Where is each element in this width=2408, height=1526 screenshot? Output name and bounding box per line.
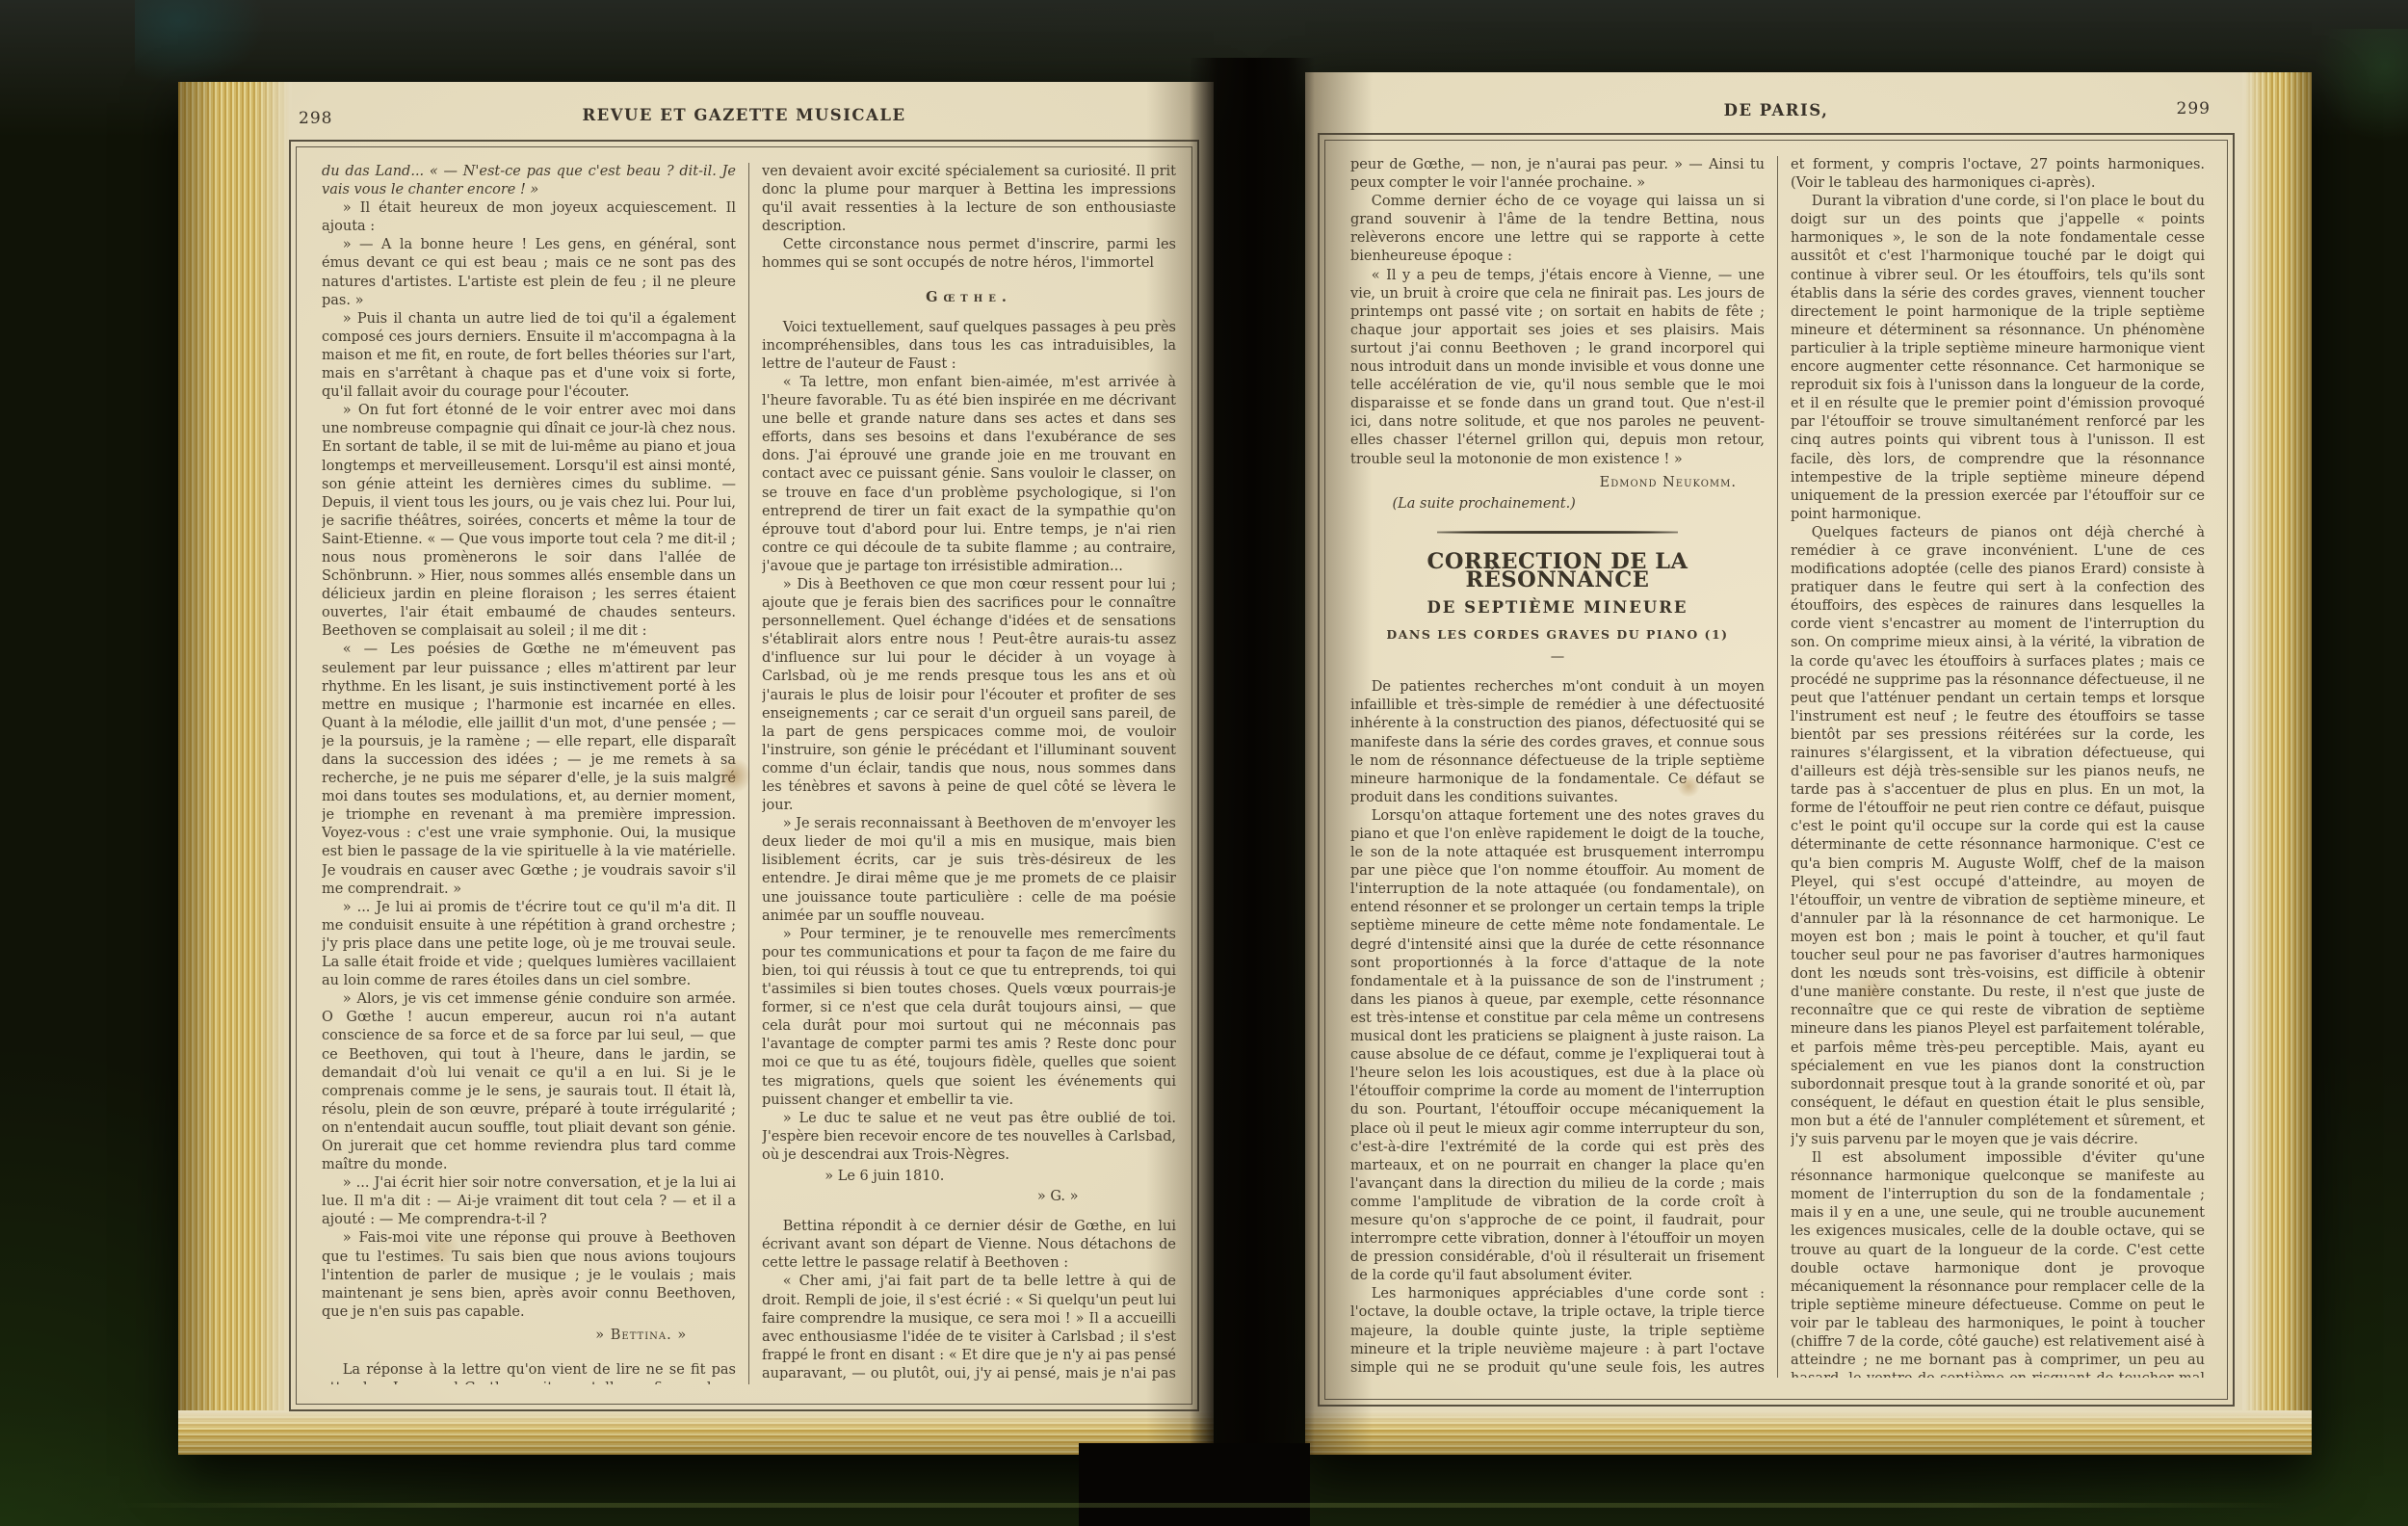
paragraph: « — Les poésies de Gœthe ne m'émeuvent p… [322,641,736,898]
right-page-column-2: et forment, y compris l'octave, 27 point… [1791,156,2205,1378]
letter-signature-bettina: » Bettina. » [322,1327,736,1345]
paragraph: « Il y a peu de temps, j'étais encore à … [1350,267,1765,469]
running-head: DE PARIS, [1318,101,2235,119]
paragraph: » Le duc te salue et ne veut pas être ou… [762,1110,1176,1165]
page-frame: du das Land... « — N'est-ce pas que c'es… [289,140,1199,1411]
paragraph: » Puis il chanta un autre lied de toi qu… [322,310,736,402]
paragraph: Voici textuellement, sauf quelques passa… [762,319,1176,374]
paragraph: ven devaient avoir excité spécialement s… [762,163,1176,236]
paragraph: Il est absolument impossible d'éviter qu… [1791,1149,2205,1378]
paragraph: Comme dernier écho de ce voyage qui lais… [1350,193,1765,266]
column-rule [748,163,749,1384]
running-head: REVUE ET GAZETTE MUSICALE [289,106,1199,124]
page-bottom-edge [1305,1410,2312,1455]
continuation-note: (La suite prochainement.) [1350,495,1765,513]
paragraph: » Je serais reconnaissant à Beethoven de… [762,815,1176,926]
paragraph: La réponse à la lettre qu'on vient de li… [322,1361,736,1384]
paragraph: et forment, y compris l'octave, 27 point… [1791,156,2205,193]
paragraph: » Il était heureux de mon joyeux acquies… [322,199,736,236]
paragraph: du das Land... « — N'est-ce pas que c'es… [322,163,736,199]
paragraph: Cette circonstance nous permet d'inscrir… [762,236,1176,273]
page-frame-inner: du das Land... « — N'est-ce pas que c'es… [296,146,1192,1405]
section-divider-rule [1437,531,1678,534]
table-surface-highlight [116,1503,2292,1508]
paragraph: » On fut fort étonné de le voir entrer a… [322,402,736,641]
paragraph: » ... Je lui ai promis de t'écrire tout … [322,899,736,990]
left-page-column-1: du das Land... « — N'est-ce pas que c'es… [322,163,736,1384]
right-page: DE PARIS, 299 peur de Gœthe, — non, je n… [1305,72,2312,1455]
paragraph: De patientes recherches m'ont conduit à … [1350,678,1765,807]
article-subtitle-2: DANS LES CORDES GRAVES DU PIANO (1) [1350,625,1765,644]
left-page-column-2: ven devaient avoir excité spécialement s… [762,163,1176,1384]
article-dash-ornament: — [1350,648,1765,667]
paragraph: » Alors, je vis cet immense génie condui… [322,990,736,1174]
paragraph: Lorsqu'on attaque fortement une des note… [1350,807,1765,1285]
paragraph: » Dis à Beethoven ce que mon cœur ressen… [762,576,1176,815]
paragraph: » Fais-moi vite une réponse qui prouve à… [322,1229,736,1321]
paragraph: Les harmoniques appréciables d'une corde… [1350,1285,1765,1378]
letter-signature-goethe: » G. » [762,1188,1176,1206]
column-rule [1777,156,1778,1378]
paragraph: » ... J'ai écrit hier soir notre convers… [322,1174,736,1229]
paragraph: Bettina répondit à ce dernier désir de G… [762,1218,1176,1273]
paragraph: » — A la bonne heure ! Les gens, en géné… [322,236,736,309]
paragraph: « Ta lettre, mon enfant bien-aimée, m'es… [762,374,1176,576]
letter-date-line: » Le 6 juin 1810. [762,1168,1176,1186]
paragraph: Durant la vibration d'une corde, si l'on… [1791,193,2205,524]
article-signature-neukomm: Edmond Neukomm. [1350,474,1765,492]
page-fore-edge-left [178,82,292,1455]
section-heading-goethe: Gœthe. [762,288,1176,306]
right-page-column-1: peur de Gœthe, — non, je n'aurai pas peu… [1350,156,1765,1378]
book-gutter [1190,58,1315,1464]
paragraph: « Cher ami, j'ai fait part de ta belle l… [762,1273,1176,1384]
left-page: 298 REVUE ET GAZETTE MUSICALE du das Lan… [178,82,1214,1455]
paragraph: Quelques facteurs de pianos ont déjà che… [1791,524,2205,1149]
book-gutter-bottom [1079,1443,1310,1526]
page-bottom-edge [178,1410,1214,1455]
paragraph: » Pour terminer, je te renouvelle mes re… [762,926,1176,1110]
article-title: CORRECTION DE LA RÉSONNANCE [1350,553,1765,590]
article-subtitle: DE SEPTIÈME MINEURE [1350,598,1765,617]
page-frame-inner: peur de Gœthe, — non, je n'aurai pas peu… [1324,140,2228,1400]
page-number: 299 [2177,99,2211,118]
page-frame: peur de Gœthe, — non, je n'aurai pas peu… [1318,133,2235,1407]
journal-scan: { "left_page": { "page_number": "298", "… [0,0,2408,1526]
page-fore-edge-right [2242,72,2312,1455]
paragraph: peur de Gœthe, — non, je n'aurai pas peu… [1350,156,1765,193]
